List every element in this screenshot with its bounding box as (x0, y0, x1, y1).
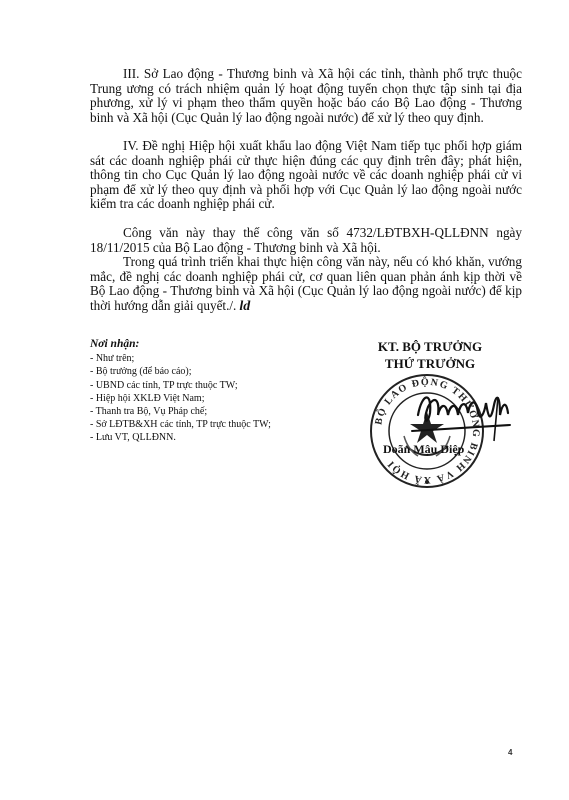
recipient-item: - Sở LĐTB&XH các tỉnh, TP trực thuộc TW; (90, 418, 330, 431)
recipients-title: Nơi nhận: (90, 338, 330, 351)
recipients-list: - Như trên; - Bộ trưởng (để báo cáo); - … (90, 352, 330, 444)
paragraph-implementation: Trong quá trình triển khai thực hiện côn… (90, 255, 522, 314)
recipient-item: - Thanh tra Bộ, Vụ Pháp chế; (90, 405, 330, 418)
recipient-item: - Hiệp hội XKLĐ Việt Nam; (90, 392, 330, 405)
recipient-item: - Bộ trưởng (để báo cáo); (90, 365, 330, 378)
paragraph-section-iii: III. Sở Lao động - Thương binh và Xã hội… (90, 67, 522, 125)
signer-title-line1: KT. BỘ TRƯỞNG (350, 338, 510, 355)
paragraph-text: III. Sở Lao động - Thương binh và Xã hội… (90, 67, 522, 125)
paragraph-text: Trong quá trình triển khai thực hiện côn… (90, 254, 522, 313)
recipient-item: - Như trên; (90, 352, 330, 365)
recipient-item: - Lưu VT, QLLĐNN. (90, 431, 330, 444)
paragraph-text: IV. Đề nghị Hiệp hội xuất khẩu lao động … (90, 139, 522, 212)
page-number: 4 (508, 748, 512, 757)
document-page: III. Sở Lao động - Thương binh và Xã hội… (0, 0, 569, 800)
recipient-item: - UBND các tỉnh, TP trực thuộc TW; (90, 379, 330, 392)
paragraph-section-iv: IV. Đề nghị Hiệp hội xuất khẩu lao động … (90, 139, 522, 212)
recipients-block: Nơi nhận: - Như trên; - Bộ trưởng (để bá… (90, 338, 330, 445)
paragraph-text: Công văn này thay thế công văn số 4732/L… (90, 226, 522, 255)
signer-name: Doãn Mậu Diệp (383, 442, 464, 457)
paragraph-replacement-notice: Công văn này thay thế công văn số 4732/L… (90, 226, 522, 255)
signer-title-line2: THỨ TRƯỞNG (350, 355, 510, 372)
signature-title: KT. BỘ TRƯỞNG THỨ TRƯỞNG (350, 338, 510, 372)
handwritten-signature-icon (410, 385, 520, 445)
handwritten-initials: ld (239, 299, 250, 314)
